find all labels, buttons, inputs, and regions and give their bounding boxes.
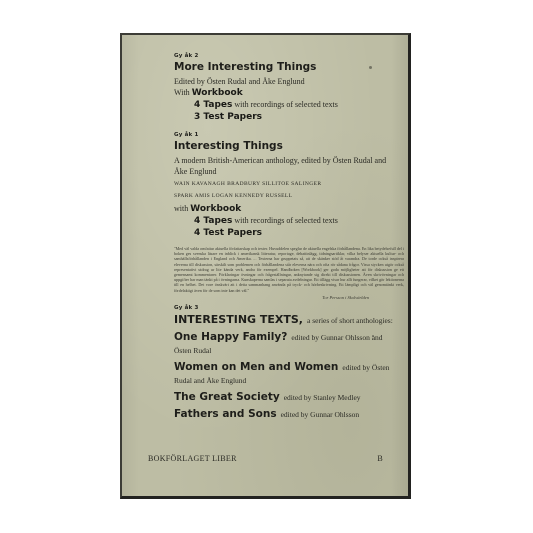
workbook-line: With Workbook	[174, 87, 399, 99]
tapes-description: with recordings of selected texts	[234, 216, 338, 225]
test-papers-line: 3 Test Papers	[174, 111, 399, 123]
tapes-description: with recordings of selected texts	[234, 100, 338, 109]
review-quote: "Med väl valda omfattar aktuella författ…	[174, 246, 404, 293]
with-prefix: With	[174, 88, 190, 97]
editors-line: Edited by Östen Rudal and Åke Englund	[174, 76, 399, 87]
series-book-title: Fathers and Sons	[174, 408, 277, 420]
series-book: Women on Men and Women edited by Östen R…	[174, 360, 399, 386]
series-book-title: Women on Men and Women	[174, 361, 338, 373]
workbook-label: Workbook	[190, 204, 241, 214]
description: A modern British-American anthology, edi…	[174, 155, 399, 177]
book-title: Interesting Things	[174, 140, 399, 152]
series-book: Fathers and Sons edited by Gunnar Ohlsso…	[174, 407, 399, 420]
authors-line-1: WAIN KAVANAGH BRADBURY SILLITOE SALINGER	[174, 179, 399, 189]
cover-footer: BOKFÖRLAGET LIBER B	[148, 454, 383, 463]
series-title: INTERESTING TEXTS,	[174, 313, 303, 326]
series-subtitle: a series of short anthologies:	[307, 316, 393, 325]
workbook-line: with Workbook	[174, 203, 399, 215]
with-prefix: with	[174, 204, 188, 213]
series-book-editors: edited by Gunnar Ohlsson	[281, 410, 360, 419]
paper-blemish	[369, 66, 372, 69]
tapes-label: 4 Tapes	[194, 216, 232, 226]
paper-blemish	[372, 335, 374, 337]
book-title: More Interesting Things	[174, 61, 399, 73]
workbook-label: Workbook	[192, 88, 243, 98]
level-label: Gy åk 3	[174, 305, 399, 311]
tapes-label: 4 Tapes	[194, 100, 232, 110]
level-label: Gy åk 2	[174, 53, 399, 59]
book-back-cover: Gy åk 2 More Interesting Things Edited b…	[120, 33, 411, 499]
review-block: "Med väl valda omfattar aktuella författ…	[174, 246, 399, 300]
authors-line-2: SPARK AMIS LOGAN KENNEDY RUSSELL	[174, 191, 399, 201]
tapes-line: 4 Tapes with recordings of selected text…	[174, 215, 399, 227]
test-papers-label: 3 Test Papers	[194, 112, 262, 122]
section-more-interesting-things: Gy åk 2 More Interesting Things Edited b…	[174, 53, 399, 123]
series-heading: INTERESTING TEXTS, a series of short ant…	[174, 313, 399, 326]
level-label: Gy åk 1	[174, 132, 399, 138]
edition-mark: B	[377, 454, 383, 463]
publisher-name: BOKFÖRLAGET LIBER	[148, 454, 237, 463]
series-book: The Great Society edited by Stanley Medl…	[174, 390, 399, 403]
series-book-editors: edited by Stanley Medley	[284, 393, 361, 402]
series-book-title: The Great Society	[174, 391, 280, 403]
series-book-title: One Happy Family?	[174, 331, 287, 343]
review-attribution: Tor Persson i Skolvärlden	[174, 295, 399, 300]
series-book: One Happy Family? edited by Gunnar Ohlss…	[174, 330, 399, 356]
cover-content: Gy åk 2 More Interesting Things Edited b…	[174, 53, 399, 429]
section-interesting-things: Gy åk 1 Interesting Things A modern Brit…	[174, 132, 399, 239]
test-papers-label: 4 Test Papers	[194, 228, 262, 238]
tapes-line: 4 Tapes with recordings of selected text…	[174, 99, 399, 111]
test-papers-line: 4 Test Papers	[174, 227, 399, 239]
section-interesting-texts: Gy åk 3 INTERESTING TEXTS, a series of s…	[174, 305, 399, 420]
